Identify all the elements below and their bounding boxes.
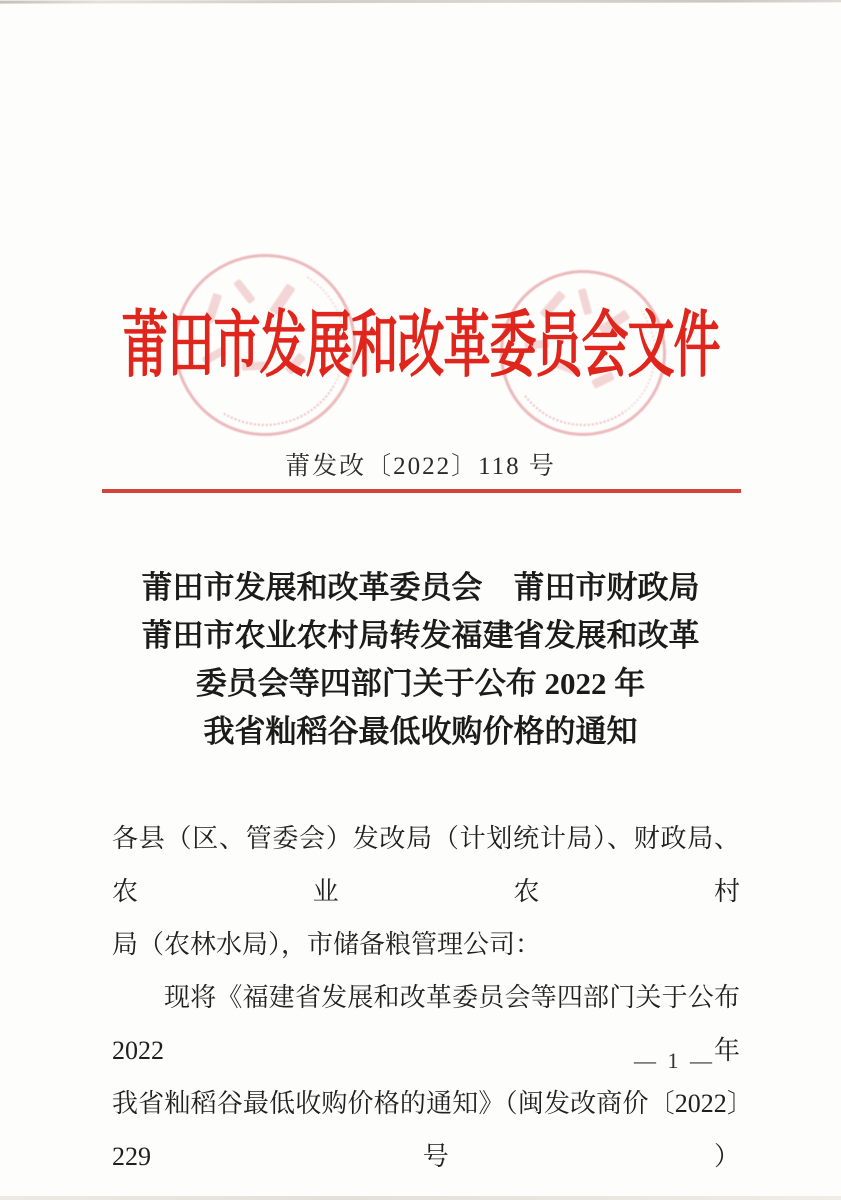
red-separator-line <box>102 489 741 493</box>
document-title-line-3: 委员会等四部门关于公布 2022 年 <box>60 660 781 708</box>
document-title-line-2: 莆田市农业农村局转发福建省发展和改革 <box>60 612 781 660</box>
agency-letterhead-text: 莆田市发展和改革委员会文件 <box>122 288 720 392</box>
salutation-line-2: 局（农林水局），市储备粮管理公司： <box>112 918 740 971</box>
paragraph-line-2: 我省籼稻谷最低收购价格的通知》（闽发改商价〔2022〕229 号） <box>112 1077 740 1183</box>
document-title-line-1: 莆田市发展和改革委员会 莆田市财政局 <box>60 564 781 612</box>
salutation-line-1: 各县（区、管委会）发改局（计划统计局）、财政局、农业农村 <box>112 812 740 918</box>
scan-edge-bottom <box>0 1196 841 1200</box>
document-title: 莆田市发展和改革委员会 莆田市财政局 莆田市农业农村局转发福建省发展和改革 委员… <box>60 564 781 756</box>
document-reference-number: 莆发改〔2022〕118 号 <box>0 446 841 482</box>
scan-edge-top <box>0 0 841 4</box>
agency-letterhead-title: 莆田市发展和改革委员会文件 <box>0 288 841 355</box>
document-title-line-4: 我省籼稻谷最低收购价格的通知 <box>60 708 781 756</box>
page-number: — 1 — <box>634 1048 715 1074</box>
scanned-document-page: 莆田市发展和改革委员会文件 莆发改〔2022〕118 号 莆田市发展和改革委员会… <box>0 0 841 1200</box>
document-body: 各县（区、管委会）发改局（计划统计局）、财政局、农业农村 局（农林水局），市储备… <box>112 812 740 1183</box>
